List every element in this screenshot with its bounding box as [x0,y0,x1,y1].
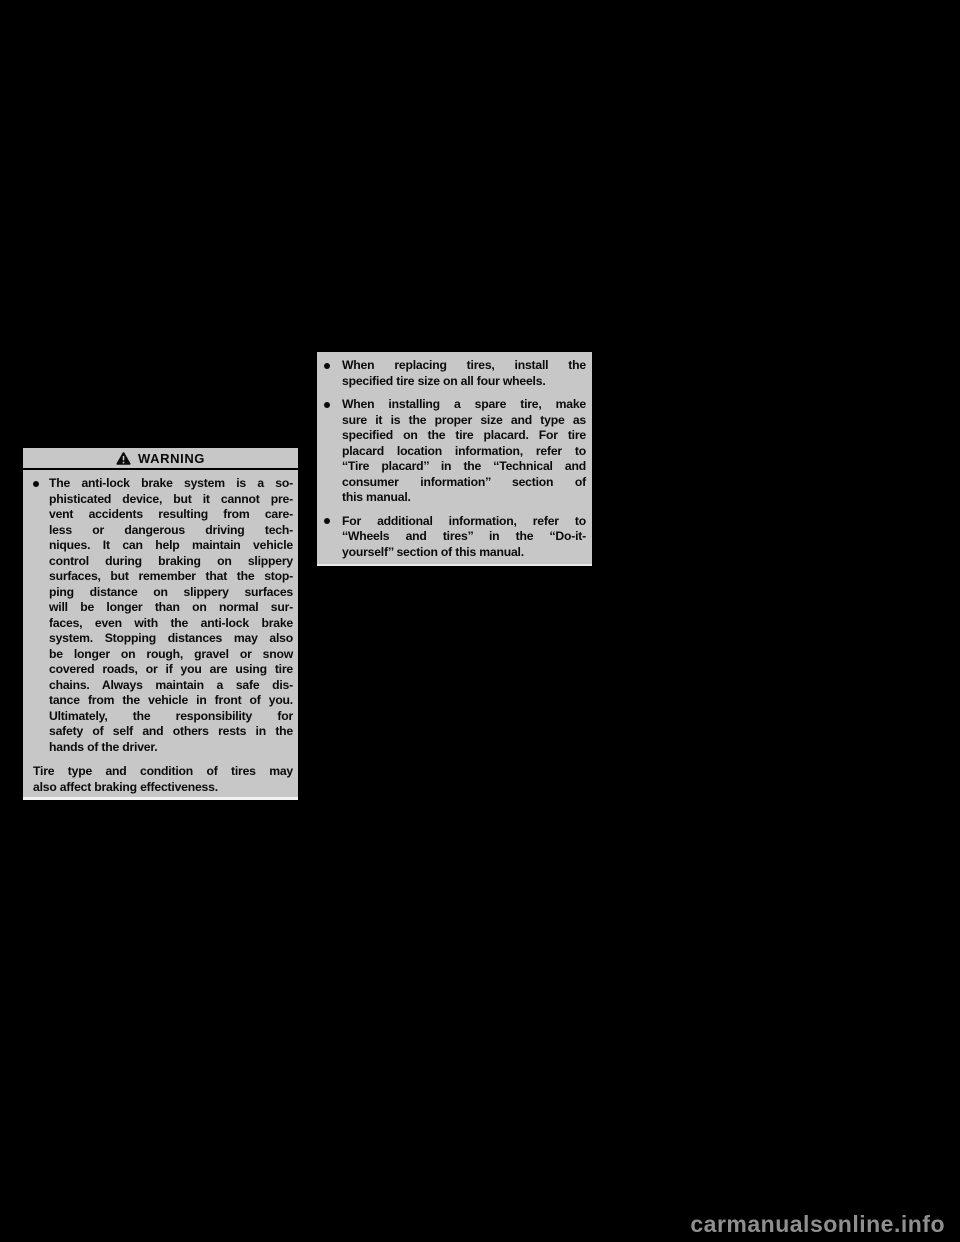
text-line: The anti-lock brake system is a so- [49,476,293,492]
text-line: tance from the vehicle in front of you. [49,693,293,709]
bullet-icon [33,481,39,487]
text-line: sure it is the proper size and type as [342,413,586,429]
text-line: Tire type and condition of tires may [33,764,293,780]
manual-page: WARNING The anti-lock brake system is a … [0,0,960,1242]
text-line: safety of self and others rests in the [49,724,293,740]
text-line: chains. Always maintain a safe dis- [49,678,293,694]
text-line: will be longer than on normal sur- [49,600,293,616]
text-line: this manual. [342,490,586,506]
tire-tips-box: When replacing tires, install the specif… [317,352,592,566]
text-line: vent accidents resulting from care- [49,507,293,523]
warning-paragraph: Tire type and condition of tires may als… [33,764,293,795]
text-line: also affect braking effectiveness. [33,780,293,796]
text-line: system. Stopping distances may also [49,631,293,647]
text-line: placard location information, refer to [342,444,586,460]
text-line: control during braking on slippery [49,554,293,570]
text-line: When replacing tires, install the [342,358,586,374]
text-line: phisticated device, but it cannot pre- [49,492,293,508]
warning-body: The anti-lock brake system is a so- phis… [23,470,298,795]
list-item: For additional information, refer to ‘‘W… [324,514,586,561]
text-line: consumer information’’ section of [342,475,586,491]
text-line: For additional information, refer to [342,514,586,530]
text-line: covered roads, or if you are using tire [49,662,293,678]
text-line: niques. It can help maintain vehicle [49,538,293,554]
warning-title: WARNING [138,451,205,466]
list-item: When installing a spare tire, make sure … [324,397,586,506]
text-line: ping distance on slippery surfaces [49,585,293,601]
text-line: less or dangerous driving tech- [49,523,293,539]
warning-box: WARNING The anti-lock brake system is a … [23,448,298,800]
text-line: hands of the driver. [49,740,293,756]
text-line: yourself’’ section of this manual. [342,545,586,561]
text-line: specified tire size on all four wheels. [342,374,586,390]
list-item: When replacing tires, install the specif… [324,358,586,389]
text-line: ‘‘Wheels and tires’’ in the ‘‘Do-it- [342,529,586,545]
text-line: When installing a spare tire, make [342,397,586,413]
text-line: ‘‘Tire placard’’ in the ‘‘Technical and [342,459,586,475]
text-line: faces, even with the anti-lock brake [49,616,293,632]
warning-triangle-icon [116,452,131,465]
bullet-icon [324,518,330,524]
warning-header: WARNING [23,448,298,470]
text-line: specified on the tire placard. For tire [342,428,586,444]
bullet-icon [324,402,330,408]
list-item: The anti-lock brake system is a so- phis… [33,476,293,755]
text-line: surfaces, but remember that the stop- [49,569,293,585]
watermark: carmanualsonline.info [690,1211,945,1238]
text-line: Ultimately, the responsibility for [49,709,293,725]
bullet-icon [324,363,330,369]
text-line: be longer on rough, gravel or snow [49,647,293,663]
